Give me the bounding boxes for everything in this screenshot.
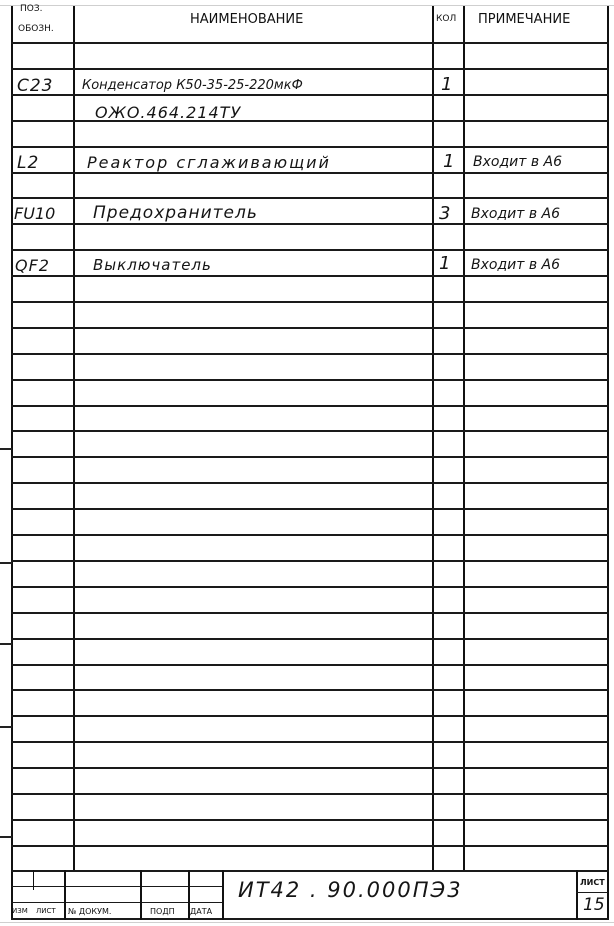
row-qf2-pos: QF2 xyxy=(15,256,50,275)
table-row-line xyxy=(11,430,609,432)
tb-div xyxy=(576,870,578,920)
tb-div xyxy=(64,870,66,920)
row-c23-qty: 1 xyxy=(441,74,453,95)
row-fu10-qty: 3 xyxy=(439,203,451,224)
table-row-line xyxy=(11,638,609,640)
table-row-line xyxy=(11,223,609,225)
title-block-top xyxy=(11,870,609,872)
table-row-line xyxy=(11,508,609,510)
tb-div xyxy=(222,870,224,920)
table-row-line xyxy=(11,715,609,717)
table-row-line xyxy=(11,845,609,847)
table-row-line xyxy=(11,767,609,769)
row-l2-name: Реактор сглаживающий xyxy=(87,153,331,172)
doc-designation: ИТ42 . 90.000ПЭ3 xyxy=(238,878,463,902)
table-row-line xyxy=(11,560,609,562)
margin-tick xyxy=(0,448,12,450)
table-row-line xyxy=(11,327,609,329)
table-row-line xyxy=(11,534,609,536)
sheet-label: ЛИСТ xyxy=(580,878,605,887)
table-row-line xyxy=(11,94,609,96)
table-row-line xyxy=(11,146,609,148)
table-row-line xyxy=(11,819,609,821)
tb-label-doc: № ДОКУМ. xyxy=(68,907,111,916)
row-qf2-qty: 1 xyxy=(439,253,451,274)
table-row-line xyxy=(11,42,609,44)
header-name: НАИМЕНОВАНИЕ xyxy=(190,12,303,27)
margin-tick xyxy=(0,726,12,728)
tb-sheet-divider xyxy=(576,892,608,893)
page-edge-top xyxy=(0,5,614,6)
margin-tick xyxy=(0,643,12,645)
table-row-line xyxy=(11,249,609,251)
tb-label-date: ДАТА xyxy=(190,907,212,916)
table-row-line xyxy=(11,275,609,277)
header-pos-line2: ОБОЗН. xyxy=(18,24,54,34)
title-block-bottom xyxy=(11,918,609,920)
table-row-line xyxy=(11,612,609,614)
table-row-line xyxy=(11,353,609,355)
row-fu10-pos: FU10 xyxy=(14,204,55,223)
row-l2-pos: L2 xyxy=(17,153,39,173)
row-qf2-note: Входит в А6 xyxy=(471,257,560,273)
row-fu10-note: Входит в А6 xyxy=(471,206,560,222)
table-row-line xyxy=(11,689,609,691)
spec-sheet: ПОЗ. ОБОЗН. НАИМЕНОВАНИЕ КОЛ ПРИМЕЧАНИЕ … xyxy=(0,0,614,926)
sheet-number: 15 xyxy=(583,895,605,915)
header-qty: КОЛ xyxy=(436,14,456,24)
table-row-line xyxy=(11,197,609,199)
tb-label-izm: ИЗМ xyxy=(12,907,28,915)
border-right xyxy=(607,6,609,920)
table-row-line xyxy=(11,586,609,588)
tb-div xyxy=(33,870,34,890)
table-row-line xyxy=(11,482,609,484)
table-row-line xyxy=(11,793,609,795)
table-row-line xyxy=(11,405,609,407)
margin-tick xyxy=(0,836,12,838)
table-row-line xyxy=(11,664,609,666)
row-c23-spec: ОЖО.464.214ТУ xyxy=(95,103,241,122)
row-c23-name: Конденсатор К50-35-25-220мкФ xyxy=(82,78,303,93)
row-l2-qty: 1 xyxy=(443,151,455,172)
margin-tick xyxy=(0,562,12,564)
table-row-line xyxy=(11,68,609,70)
row-fu10-name: Предохранитель xyxy=(93,203,258,223)
title-block-row xyxy=(11,886,224,887)
row-l2-note: Входит в А6 xyxy=(473,154,562,170)
border-left xyxy=(11,6,13,920)
header-note: ПРИМЕЧАНИЕ xyxy=(478,12,570,27)
table-row-line xyxy=(11,172,609,174)
title-block-row xyxy=(11,902,224,903)
table-row-line xyxy=(11,456,609,458)
page-edge-bottom xyxy=(0,922,614,923)
header-pos-line1: ПОЗ. xyxy=(20,4,42,14)
row-c23-pos: C23 xyxy=(17,76,54,96)
table-row-line xyxy=(11,301,609,303)
table-row-line xyxy=(11,379,609,381)
table-row-line xyxy=(11,741,609,743)
row-qf2-name: Выключатель xyxy=(93,256,212,274)
tb-div xyxy=(140,870,142,920)
tb-label-list: ЛИСТ xyxy=(36,907,56,915)
tb-label-sign: ПОДП xyxy=(150,907,175,916)
